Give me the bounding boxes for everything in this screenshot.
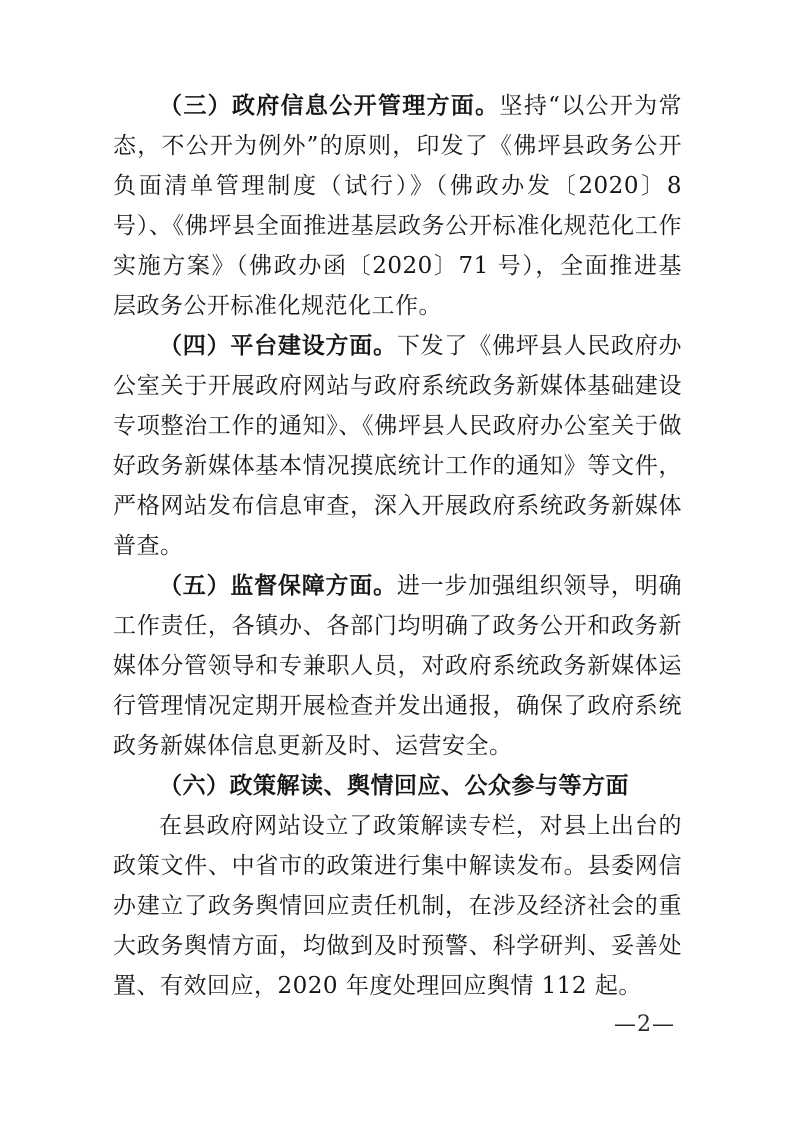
paragraph-heading-run: （五）监督保障方面。: [159, 572, 397, 599]
document-page: （三）政府信息公开管理方面。坚持“以公开为常态，不公开为例外”的原则，印发了《佛…: [0, 0, 793, 1122]
page-number: —2—: [614, 1010, 675, 1040]
document-paragraphs: （三）政府信息公开管理方面。坚持“以公开为常态，不公开为例外”的原则，印发了《佛…: [113, 86, 682, 1006]
paragraph-text-run: 在县政府网站设立了政策解读专栏，对县上出台的政策文件、中省市的政策进行集中解读发…: [113, 813, 682, 999]
paragraph-text-run: 进一步加强组织领导，明确工作责任，各镇办、各部门均明确了政务公开和政务新媒体分管…: [113, 573, 682, 759]
paragraph-heading-run: （三）政府信息公开管理方面。: [159, 92, 500, 119]
paragraph-heading-run: （四）平台建设方面。: [159, 332, 397, 359]
body-paragraph: （五）监督保障方面。进一步加强组织领导，明确工作责任，各镇办、各部门均明确了政务…: [113, 566, 682, 766]
paragraph-text-run: 下发了《佛坪县人民政府办公室关于开展政府网站与政府系统政务新媒体基础建设专项整治…: [113, 333, 682, 559]
body-paragraph: 在县政府网站设立了政策解读专栏，对县上出台的政策文件、中省市的政策进行集中解读发…: [113, 806, 682, 1006]
paragraph-text-run: 坚持“以公开为常态，不公开为例外”的原则，印发了《佛坪县政务公开负面清单管理制度…: [113, 93, 682, 319]
body-paragraph: （三）政府信息公开管理方面。坚持“以公开为常态，不公开为例外”的原则，印发了《佛…: [113, 86, 682, 326]
paragraph-heading-run: （六）政策解读、舆情回应、公众参与等方面: [159, 772, 629, 799]
section-heading: （六）政策解读、舆情回应、公众参与等方面: [113, 766, 682, 806]
body-paragraph: （四）平台建设方面。下发了《佛坪县人民政府办公室关于开展政府网站与政府系统政务新…: [113, 326, 682, 566]
